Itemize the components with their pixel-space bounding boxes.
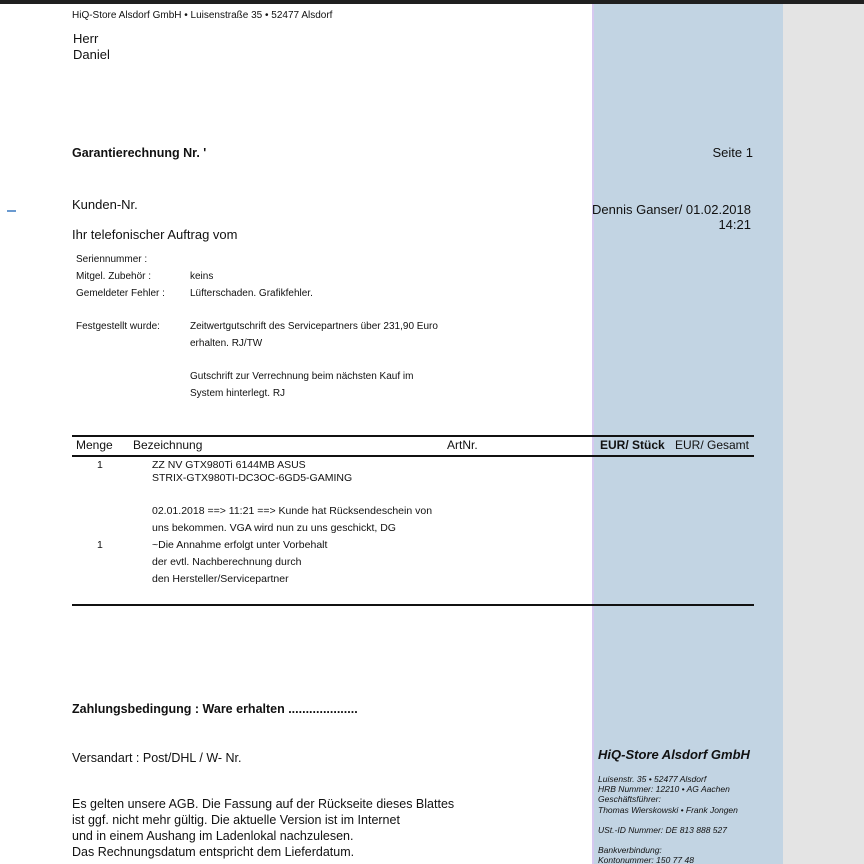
page-marker	[7, 210, 16, 212]
terms-line: ist ggf. nicht mehr gültig. Die aktuelle…	[72, 812, 454, 828]
header-description: Bezeichnung	[133, 438, 202, 452]
row-quantity: 1	[97, 539, 103, 551]
agent-time: 14:21	[592, 217, 751, 232]
fault-label: Gemeldeter Fehler :	[76, 288, 165, 299]
company-address: Luisenstr. 35 • 52477 Alsdorf	[598, 774, 738, 784]
sidebar-edge	[592, 4, 594, 864]
company-register: HRB Nummer: 12210 • AG Aachen	[598, 784, 738, 794]
company-vat-id: USt.-ID Nummer: DE 813 888 527	[598, 825, 738, 835]
found-line: erhalten. RJ/TW	[190, 338, 262, 349]
header-total-price: EUR/ Gesamt	[675, 438, 749, 452]
row-description: ZZ NV GTX980Ti 6144MB ASUS	[152, 459, 306, 471]
order-label: Ihr telefonischer Auftrag vom	[72, 227, 237, 242]
table-bottom-rule	[72, 604, 754, 606]
row-note: ~Die Annahme erfolgt unter Vorbehalt	[152, 539, 327, 551]
agent-date: Dennis Ganser/ 01.02.2018 14:21	[592, 202, 751, 232]
fault-value: Lüfterschaden. Grafikfehler.	[190, 288, 313, 299]
document-title: Garantierechnung Nr. '	[72, 146, 206, 160]
row-note: 02.01.2018 ==> 11:21 ==> Kunde hat Rücks…	[152, 505, 432, 517]
document-page: HiQ-Store Alsdorf GmbH • Luisenstraße 35…	[0, 4, 783, 864]
spacer	[598, 815, 738, 825]
company-managers-label: Geschäftsführer:	[598, 794, 738, 804]
company-managers: Thomas Wierskowski • Frank Jongen	[598, 805, 738, 815]
header-unit-price: EUR/ Stück	[600, 438, 665, 452]
page-number: Seite 1	[713, 145, 753, 160]
shipping-method: Versandart : Post/DHL / W- Nr.	[72, 751, 242, 765]
payment-terms: Zahlungsbedingung : Ware erhalten ......…	[72, 702, 358, 716]
sidebar-band	[593, 4, 783, 864]
table-top-rule	[72, 435, 754, 437]
company-bank-label: Bankverbindung:	[598, 845, 738, 855]
terms-line: Es gelten unsere AGB. Die Fassung auf de…	[72, 796, 454, 812]
found-line: System hinterlegt. RJ	[190, 388, 285, 399]
row-quantity: 1	[97, 459, 103, 471]
spacer	[598, 835, 738, 845]
recipient-name: Daniel	[73, 47, 110, 63]
accessories-label: Mitgel. Zubehör :	[76, 271, 151, 282]
terms-line: und in einem Aushang im Ladenlokal nachz…	[72, 828, 454, 844]
recipient-address: Herr Daniel	[73, 31, 110, 63]
terms-line: Das Rechnungsdatum entspricht dem Liefer…	[72, 844, 454, 860]
company-account-number: Kontonummer: 150 77 48	[598, 855, 738, 864]
header-article-number: ArtNr.	[447, 438, 478, 452]
agent-name-date: Dennis Ganser/ 01.02.2018	[592, 202, 751, 217]
row-note: den Hersteller/Servicepartner	[152, 573, 289, 585]
found-line: Gutschrift zur Verrechnung beim nächsten…	[190, 371, 413, 382]
company-name: HiQ-Store Alsdorf GmbH	[598, 747, 750, 762]
sender-line: HiQ-Store Alsdorf GmbH • Luisenstraße 35…	[72, 10, 332, 21]
row-description: STRIX-GTX980TI-DC3OC-6GD5-GAMING	[152, 472, 352, 484]
accessories-value: keins	[190, 271, 213, 282]
found-label: Festgestellt wurde:	[76, 321, 160, 332]
row-note: der evtl. Nachberechnung durch	[152, 556, 301, 568]
terms-text: Es gelten unsere AGB. Die Fassung auf de…	[72, 796, 454, 860]
found-line: Zeitwertgutschrift des Servicepartners ü…	[190, 321, 438, 332]
recipient-salutation: Herr	[73, 31, 110, 47]
table-header-rule	[72, 455, 754, 457]
serial-label: Seriennummer :	[76, 254, 147, 265]
company-info: Luisenstr. 35 • 52477 Alsdorf HRB Nummer…	[598, 774, 738, 864]
customer-number-label: Kunden-Nr.	[72, 197, 138, 212]
row-note: uns bekommen. VGA wird nun zu uns geschi…	[152, 522, 396, 534]
header-quantity: Menge	[76, 438, 113, 452]
